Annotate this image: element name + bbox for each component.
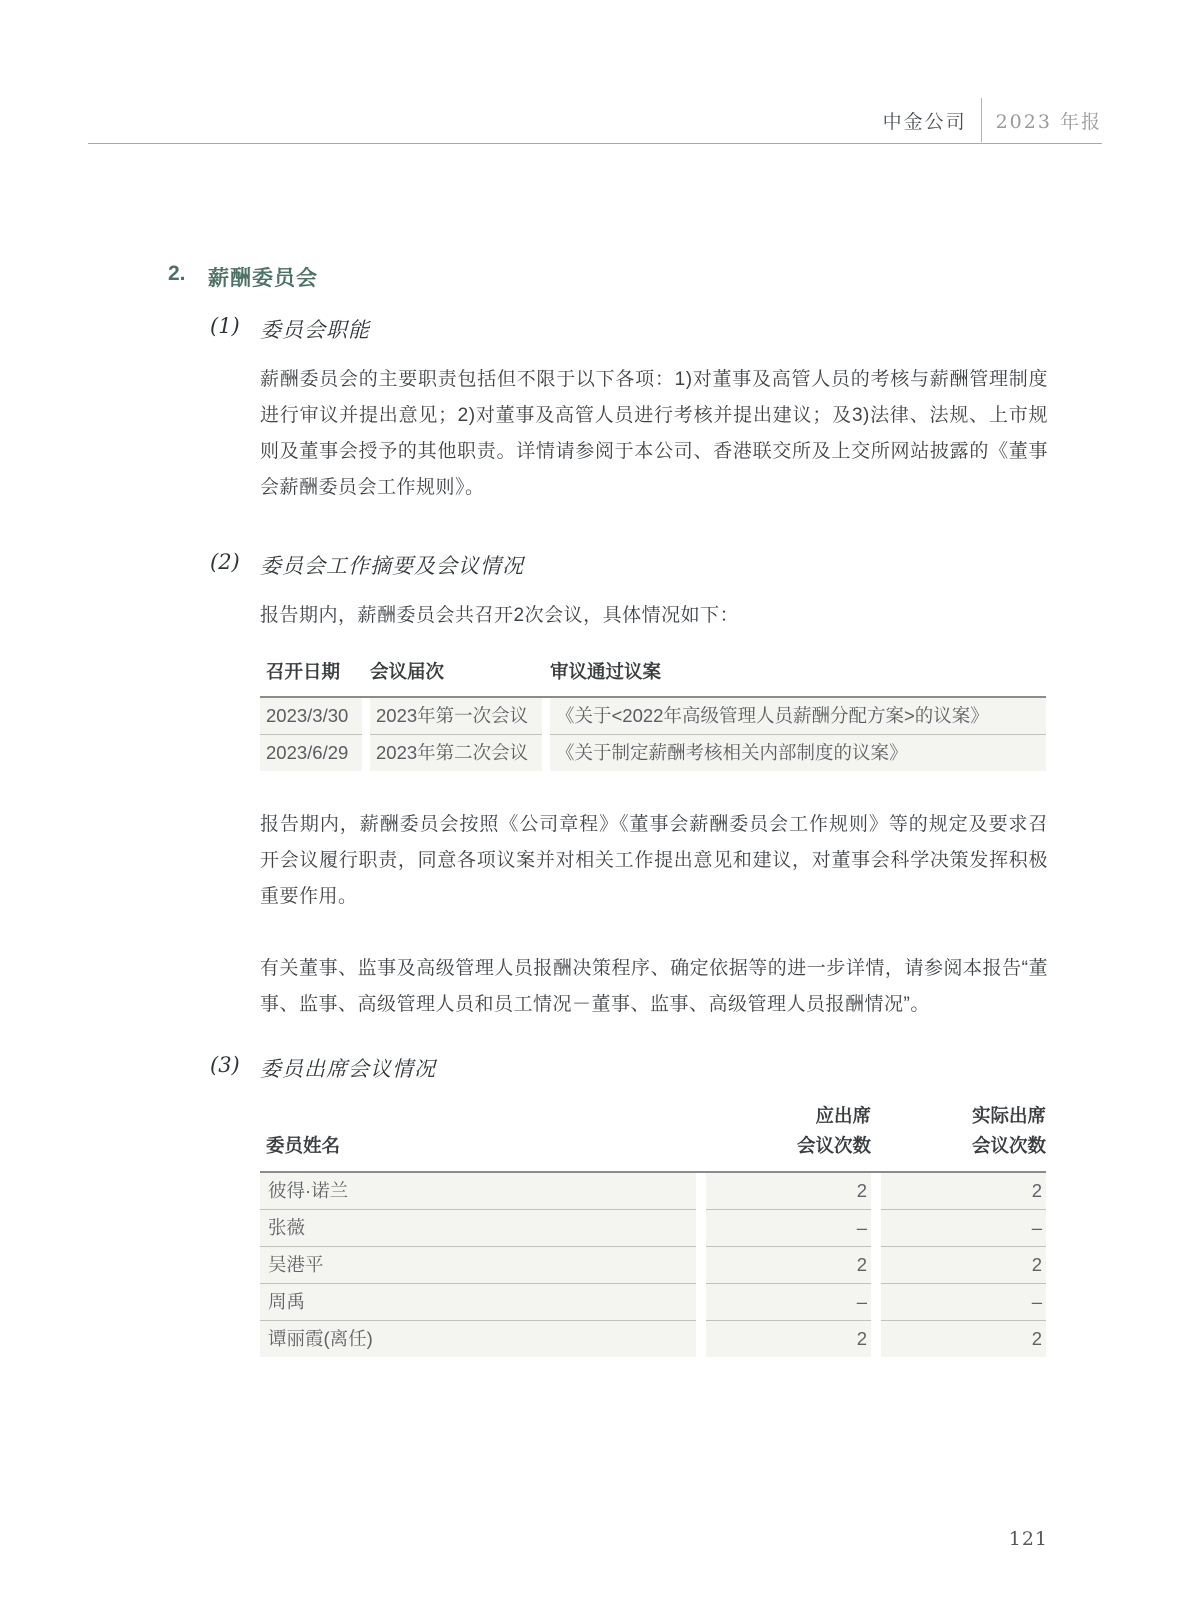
member-name: 谭丽霞(离任): [260, 1321, 696, 1357]
page-header: 中金公司 2023 年报: [883, 96, 1102, 144]
report-title: 2023 年报: [996, 107, 1102, 134]
paragraph-reference: 有关董事、监事及高级管理人员报酬决策程序、确定依据等的进一步详情，请参阅本报告“…: [260, 951, 1048, 1023]
paragraph-summary: 报告期内，薪酬委员会按照《公司章程》《董事会薪酬委员会工作规则》等的规定及要求召…: [260, 807, 1048, 915]
col-header-date: 召开日期: [260, 658, 362, 684]
subsection-1-heading: (1) 委员会职能: [210, 314, 1048, 344]
table-row: 周禹 – –: [260, 1284, 1046, 1321]
subsection-3-number: (3): [210, 1053, 260, 1083]
meeting-session: 2023年第一次会议: [370, 698, 542, 735]
table-row: 吴港平 2 2: [260, 1247, 1046, 1284]
actual-count: –: [881, 1210, 1046, 1247]
annual-report-page: 中金公司 2023 年报 2. 薪酬委员会 (1) 委员会职能 薪酬委员会的主要…: [0, 0, 1190, 1615]
subsection-1-body: 薪酬委员会的主要职责包括但不限于以下各项：1)对董事及高管人员的考核与薪酬管理制…: [260, 362, 1048, 506]
meetings-table-header: 召开日期 会议届次 审议通过议案: [260, 650, 1046, 698]
col-header-member-name: 委员姓名: [260, 1131, 696, 1161]
main-content: 2. 薪酬委员会 (1) 委员会职能 薪酬委员会的主要职责包括但不限于以下各项：…: [168, 262, 1048, 1357]
actual-count: 2: [881, 1173, 1046, 1210]
subsection-3-body: 委员姓名 应出席 会议次数 实际出席 会议次数 彼得·诺兰 2 2: [260, 1101, 1048, 1357]
meeting-session: 2023年第二次会议: [370, 735, 542, 771]
actual-count: –: [881, 1284, 1046, 1321]
member-name: 张薇: [260, 1210, 696, 1247]
col-header-required-attendance: 应出席 会议次数: [706, 1101, 871, 1161]
subsection-2-heading: (2) 委员会工作摘要及会议情况: [210, 550, 1048, 580]
col-header-actual-attendance: 实际出席 会议次数: [881, 1101, 1046, 1161]
header-rule: [88, 143, 1102, 144]
required-count: –: [706, 1210, 871, 1247]
header-divider: [981, 98, 982, 142]
paragraph-meetings-intro: 报告期内，薪酬委员会共召开2次会议，具体情况如下：: [260, 598, 1048, 634]
actual-attendance-line2: 会议次数: [881, 1131, 1046, 1161]
subsection-3-title: 委员出席会议情况: [260, 1053, 436, 1083]
table-row: 2023/3/30 2023年第一次会议 《关于<2022年高级管理人员薪酬分配…: [260, 698, 1046, 735]
table-row: 张薇 – –: [260, 1210, 1046, 1247]
subsection-3-heading: (3) 委员出席会议情况: [210, 1053, 1048, 1083]
subsection-2-body: 报告期内，薪酬委员会共召开2次会议，具体情况如下： 召开日期 会议届次 审议通过…: [260, 598, 1048, 1023]
attendance-table: 委员姓名 应出席 会议次数 实际出席 会议次数 彼得·诺兰 2 2: [260, 1101, 1046, 1357]
required-count: 2: [706, 1321, 871, 1357]
required-count: 2: [706, 1247, 871, 1284]
meeting-date: 2023/3/30: [260, 698, 362, 735]
actual-attendance-line1: 实际出席: [881, 1101, 1046, 1131]
meeting-date: 2023/6/29: [260, 735, 362, 771]
attendance-table-header: 委员姓名 应出席 会议次数 实际出席 会议次数: [260, 1101, 1046, 1173]
actual-count: 2: [881, 1321, 1046, 1357]
required-count: –: [706, 1284, 871, 1321]
col-header-topic: 审议通过议案: [550, 658, 1046, 684]
required-count: 2: [706, 1173, 871, 1210]
required-attendance-line1: 应出席: [706, 1101, 871, 1131]
company-name: 中金公司: [883, 107, 967, 134]
page-number: 121: [1009, 1528, 1048, 1550]
subsection-2-title: 委员会工作摘要及会议情况: [260, 550, 524, 580]
section-title: 薪酬委员会: [208, 262, 318, 292]
section-heading: 2. 薪酬委员会: [168, 262, 1048, 292]
table-row: 彼得·诺兰 2 2: [260, 1173, 1046, 1210]
member-name: 吴港平: [260, 1247, 696, 1284]
subsection-2-number: (2): [210, 550, 260, 580]
col-header-session: 会议届次: [370, 658, 542, 684]
member-name: 周禹: [260, 1284, 696, 1321]
meetings-table: 召开日期 会议届次 审议通过议案 2023/3/30 2023年第一次会议 《关…: [260, 650, 1046, 771]
table-row: 2023/6/29 2023年第二次会议 《关于制定薪酬考核相关内部制度的议案》: [260, 735, 1046, 771]
actual-count: 2: [881, 1247, 1046, 1284]
meeting-topic: 《关于<2022年高级管理人员薪酬分配方案>的议案》: [550, 698, 1046, 735]
subsection-1-title: 委员会职能: [260, 314, 370, 344]
member-name: 彼得·诺兰: [260, 1173, 696, 1210]
section-number: 2.: [168, 262, 208, 292]
meeting-topic: 《关于制定薪酬考核相关内部制度的议案》: [550, 735, 1046, 771]
subsection-1-number: (1): [210, 314, 260, 344]
table-row: 谭丽霞(离任) 2 2: [260, 1321, 1046, 1357]
required-attendance-line2: 会议次数: [706, 1131, 871, 1161]
paragraph-functions: 薪酬委员会的主要职责包括但不限于以下各项：1)对董事及高管人员的考核与薪酬管理制…: [260, 362, 1048, 506]
